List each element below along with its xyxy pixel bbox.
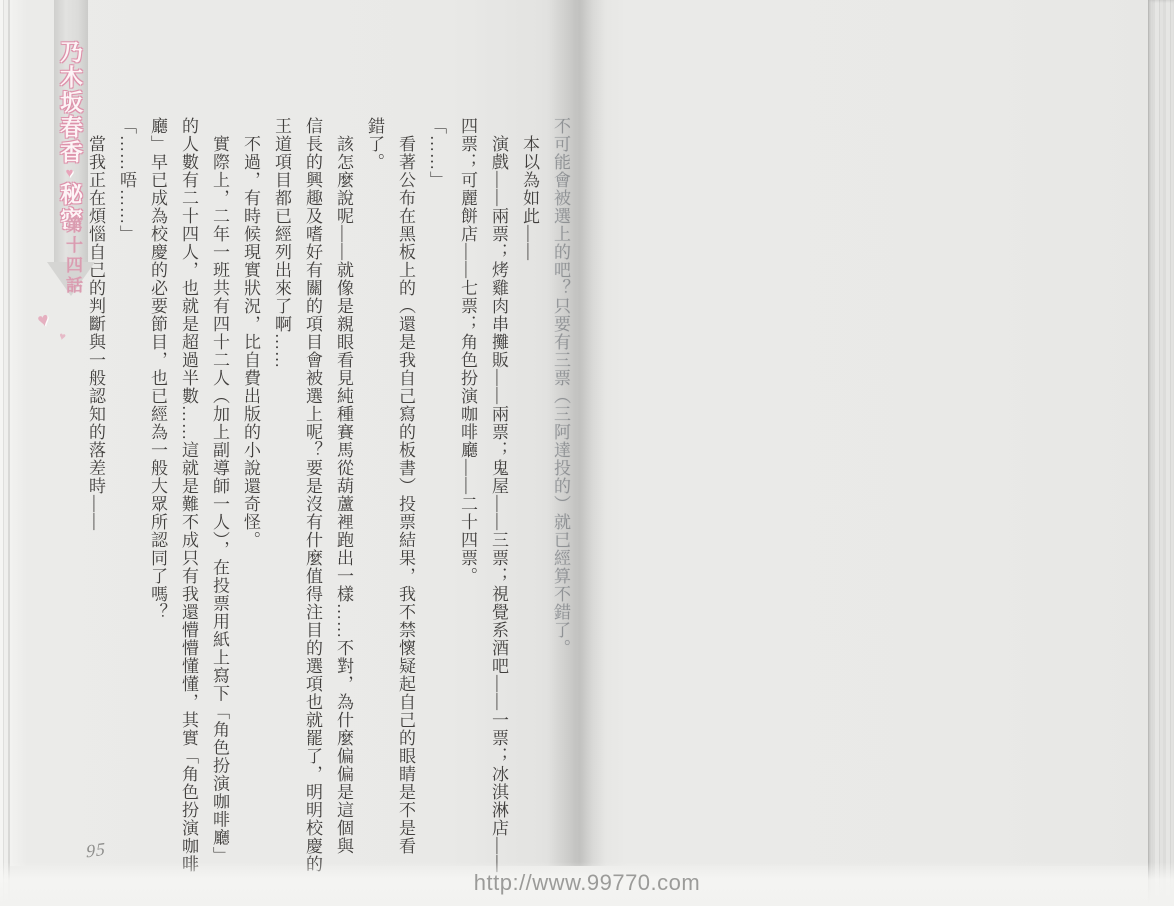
text-column: 實際上，二年一班共有四十二人（加上副導師一人），在投票用紙上寫下「角色扮演咖啡廳… xyxy=(204,117,235,861)
text-column: 錯了。 xyxy=(359,117,390,861)
text-column: 「……」 xyxy=(421,117,452,861)
heart-icon: ♥ xyxy=(36,309,52,333)
series-title: 乃木坂春香♥秘密 xyxy=(53,40,86,240)
text-column: 信長的興趣及嗜好有關的項目會被選上呢？要是沒有什麼值得注目的選項也就罷了，明明校… xyxy=(297,117,328,861)
text-column: 四票；可麗餅店——七票；角色扮演咖啡廳——二十四票。 xyxy=(452,117,483,861)
text-column: 看著公布在黑板上的（還是我自己寫的板書）投票結果，我不禁懷疑起自己的眼睛是不是看 xyxy=(390,117,421,861)
page-left: 不可能會被選上的吧？只要有三票（三阿達投的）就已經算不錯了。本以為如此——演戲—… xyxy=(10,0,575,866)
text-column: 的人數有二十四人，也就是超過半數……這就是難不成只有我還懵懵懂懂，其實「角色扮演… xyxy=(173,117,204,861)
page-edge-right xyxy=(1148,0,1174,906)
text-column: 演戲——兩票；烤雞肉串攤販——兩票；鬼屋——三票；視覺系酒吧——一票；冰淇淋店—… xyxy=(483,117,514,861)
watermark-url: http://www.99770.com xyxy=(0,870,1174,896)
text-column: 不可能會被選上的吧？只要有三票（三阿達投的）就已經算不錯了。 xyxy=(545,117,576,861)
heart-separator-icon: ♥ xyxy=(62,165,77,182)
series-title-main: 乃木坂春香 xyxy=(57,40,82,165)
episode-label: 第十四話 xyxy=(60,216,85,306)
book-spread: 不可能會被選上的吧？只要有三票（三阿達投的）就已經算不錯了。本以為如此——演戲—… xyxy=(0,0,1174,906)
page-edge-left xyxy=(0,0,10,906)
text-column: 該怎麼說呢——就像是親眼看見純種賽馬從葫蘆裡跑出一樣……不對，為什麼偏偏是這個與 xyxy=(328,117,359,861)
page-right: 「我覺得演戲好像滿好玩的，你覺得呢？」「這個嘛……」聽完椎菜的話，我往黑板上看過… xyxy=(575,0,1148,866)
text-column: 王道項目都已經列出來了啊…… xyxy=(266,117,297,861)
page-left-text-block: 不可能會被選上的吧？只要有三票（三阿達投的）就已經算不錯了。本以為如此——演戲—… xyxy=(80,117,576,861)
text-column: 本以為如此—— xyxy=(514,117,545,861)
text-column: 不過，有時候現實狀況，比自費出版的小說還奇怪。 xyxy=(235,117,266,861)
text-column: 廳」早已成為校慶的必要節目，也已經為一般大眾所認同了嗎？ xyxy=(142,117,173,861)
heart-icon: ♥ xyxy=(58,330,67,343)
page-number-left: 95 xyxy=(86,839,106,863)
text-column: 「……唔……」 xyxy=(111,117,142,861)
